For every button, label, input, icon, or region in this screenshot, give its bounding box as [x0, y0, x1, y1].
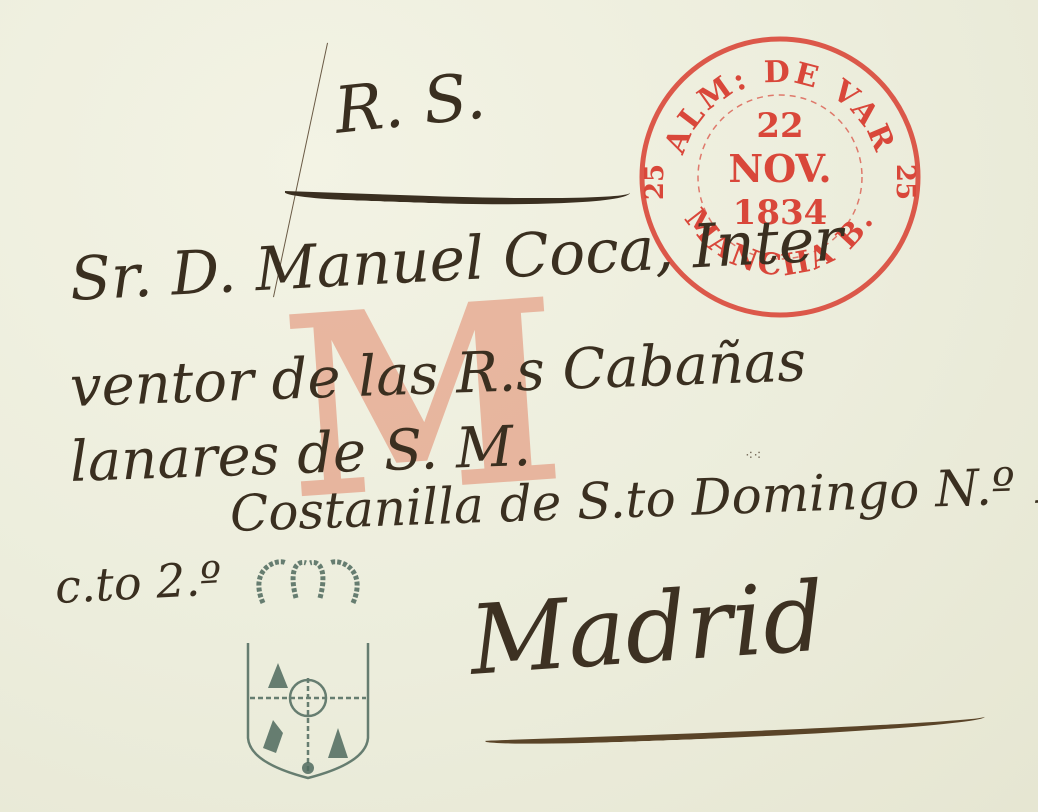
postmark-day: 22 — [756, 106, 803, 146]
rs-flourish — [285, 169, 631, 210]
postmark-month: NOV. — [728, 146, 831, 191]
ink-specks: ⁖⁖ — [745, 448, 761, 464]
destination-city: Madrid — [466, 560, 828, 696]
postmark-right-number: 25 — [890, 164, 920, 200]
coat-of-arms-stamp-icon — [228, 548, 388, 788]
address-line-2: ventor de las R.s Cabañas — [69, 329, 807, 420]
address-line-5: c.to 2.º — [54, 551, 223, 614]
letter-cover: R. S. M ALM: DE VAR MANCHA B. 25 25 22 N… — [0, 0, 1038, 812]
destination-underline-flourish — [485, 711, 985, 746]
postmark-left-number: 25 — [640, 164, 670, 200]
top-note-rs: R. S. — [331, 59, 489, 148]
